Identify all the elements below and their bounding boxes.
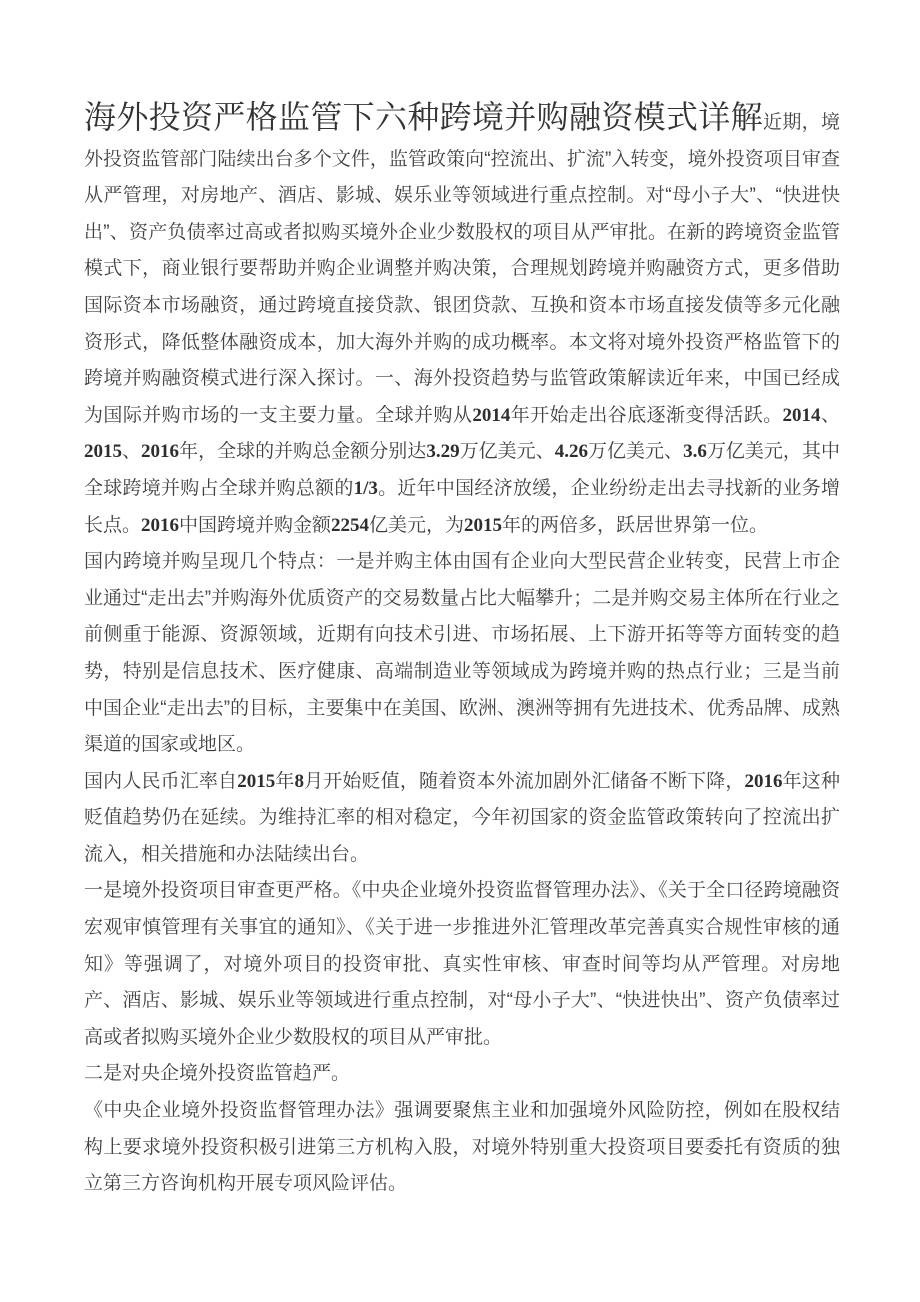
bold-number: 2014: [472, 405, 510, 426]
bold-number: 4.26: [555, 441, 588, 462]
document-page: 海外投资严格监管下六种跨境并购融资模式详解近期，境外投资监管部门陆续出台多个文件…: [0, 0, 920, 1302]
text-run: 、: [821, 405, 840, 426]
bold-number: 2015: [464, 515, 502, 536]
text-run: 一是境外投资项目审查更严格。《中央企业境外投资监督管理办法》、《关于全口径跨境融…: [84, 880, 840, 1047]
text-run: 年的两倍多，跃居世界第一位。: [502, 515, 768, 536]
text-run: 年开始走出谷底逐渐变得活跃。: [510, 405, 782, 426]
bold-number: 2016: [745, 771, 783, 792]
bold-number: 2016: [141, 441, 179, 462]
paragraph-point-one: 一是境外投资项目审查更严格。《中央企业境外投资监督管理办法》、《关于全口径跨境融…: [84, 873, 840, 1056]
text-run: 《中央企业境外投资监督管理办法》强调要聚焦主业和加强境外风险防控，例如在股权结构…: [84, 1100, 840, 1194]
article-body: 海外投资严格监管下六种跨境并购融资模式详解近期，境外投资监管部门陆续出台多个文件…: [84, 94, 840, 1203]
text-run: 近期，境外投资监管部门陆续出台多个文件，监管政策向“控流出、扩流”入转变，境外投…: [84, 112, 840, 426]
bold-number: 2016: [141, 515, 179, 536]
text-run: 国内人民币汇率自: [84, 771, 237, 792]
bold-number: 3.29: [426, 441, 459, 462]
bold-number: 2015: [237, 771, 275, 792]
text-run: 万亿美元、: [588, 441, 683, 462]
text-run: 二是对央企境外投资监管趋严。: [84, 1063, 350, 1084]
text-run: 万亿美元、: [460, 441, 555, 462]
paragraph-point-two: 二是对央企境外投资监管趋严。: [84, 1056, 840, 1093]
text-run: 、: [122, 441, 141, 462]
paragraph-intro: 海外投资严格监管下六种跨境并购融资模式详解近期，境外投资监管部门陆续出台多个文件…: [84, 94, 840, 544]
paragraph-central-soe: 《中央企业境外投资监督管理办法》强调要聚焦主业和加强境外风险防控，例如在股权结构…: [84, 1093, 840, 1203]
text-run: 中国跨境并购金额: [179, 515, 331, 536]
text-run: 年: [275, 771, 294, 792]
paragraph-exchange-rate: 国内人民币汇率自2015年8月开始贬值，随着资本外流加剧外汇储备不断下降，201…: [84, 764, 840, 874]
text-run: 月开始贬值，随着资本外流加剧外汇储备不断下降，: [304, 771, 745, 792]
text-run: 亿美元，为: [369, 515, 464, 536]
bold-number: 2254: [331, 515, 369, 536]
article-title: 海外投资严格监管下六种跨境并购融资模式详解: [84, 99, 763, 135]
bold-number: 2015: [84, 441, 122, 462]
bold-number: 1/3: [354, 478, 378, 499]
text-run: 年，全球的并购总金额分别达: [179, 441, 426, 462]
bold-number: 2014: [783, 405, 821, 426]
text-run: 国内跨境并购呈现几个特点：一是并购主体由国有企业向大型民营企业转变，民营上市企业…: [84, 551, 840, 755]
bold-number: 3.6: [683, 441, 707, 462]
paragraph-features: 国内跨境并购呈现几个特点：一是并购主体由国有企业向大型民营企业转变，民营上市企业…: [84, 544, 840, 764]
bold-number: 8: [294, 771, 304, 792]
